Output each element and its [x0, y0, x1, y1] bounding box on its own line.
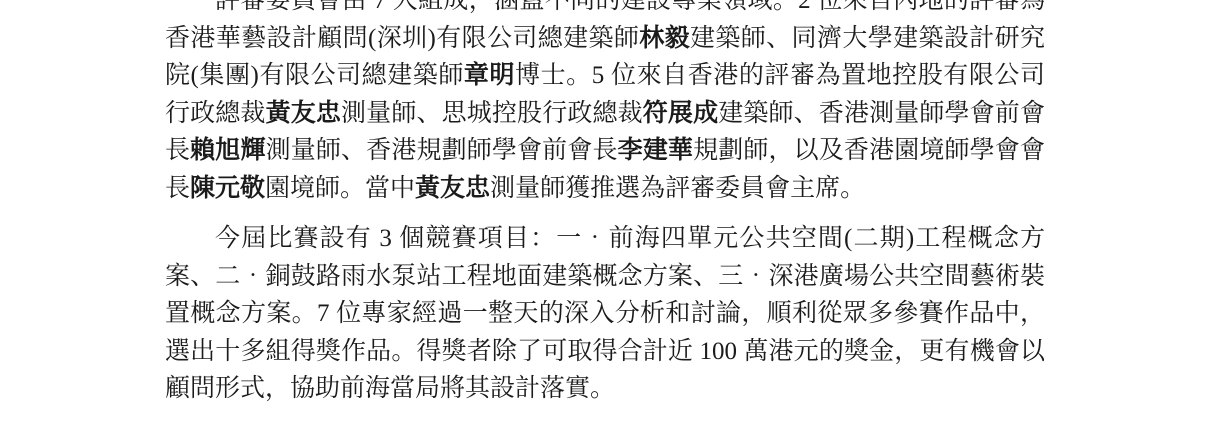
bold-name-run: 章明 — [464, 62, 515, 89]
text-run: 今屆比賽設有 3 個競賽項目：一‧前海四單元公共空間(二期)工程概念方案、二‧銅… — [165, 225, 1045, 402]
bold-name-run: 符展成 — [643, 100, 718, 127]
bold-name-run: 黃友忠 — [266, 100, 341, 127]
bold-name-run: 黃友忠 — [415, 175, 490, 202]
text-run: 測量師獲推選為評審委員會主席。 — [490, 175, 865, 202]
bold-name-run: 陳元敬 — [190, 175, 265, 202]
text-run: 測量師、香港規劃師學會前會長 — [266, 137, 618, 164]
bold-name-run: 林毅 — [639, 25, 690, 52]
bold-name-run: 賴旭輝 — [190, 137, 265, 164]
text-run: 測量師、思城控股行政總裁 — [341, 100, 643, 127]
paragraph-competition-categories: 今屆比賽設有 3 個競賽項目：一‧前海四單元公共空間(二期)工程概念方案、二‧銅… — [165, 220, 1045, 408]
bold-name-run: 李建華 — [618, 137, 693, 164]
paragraph-jury-composition: 評審委員會由 7 人組成，涵蓋不同的建設專業領域。2 位來自內地的評審為香港華藝… — [165, 0, 1045, 207]
document-page: 評審委員會由 7 人組成，涵蓋不同的建設專業領域。2 位來自內地的評審為香港華藝… — [165, 0, 1045, 408]
text-run: 園境師。當中 — [265, 175, 415, 202]
